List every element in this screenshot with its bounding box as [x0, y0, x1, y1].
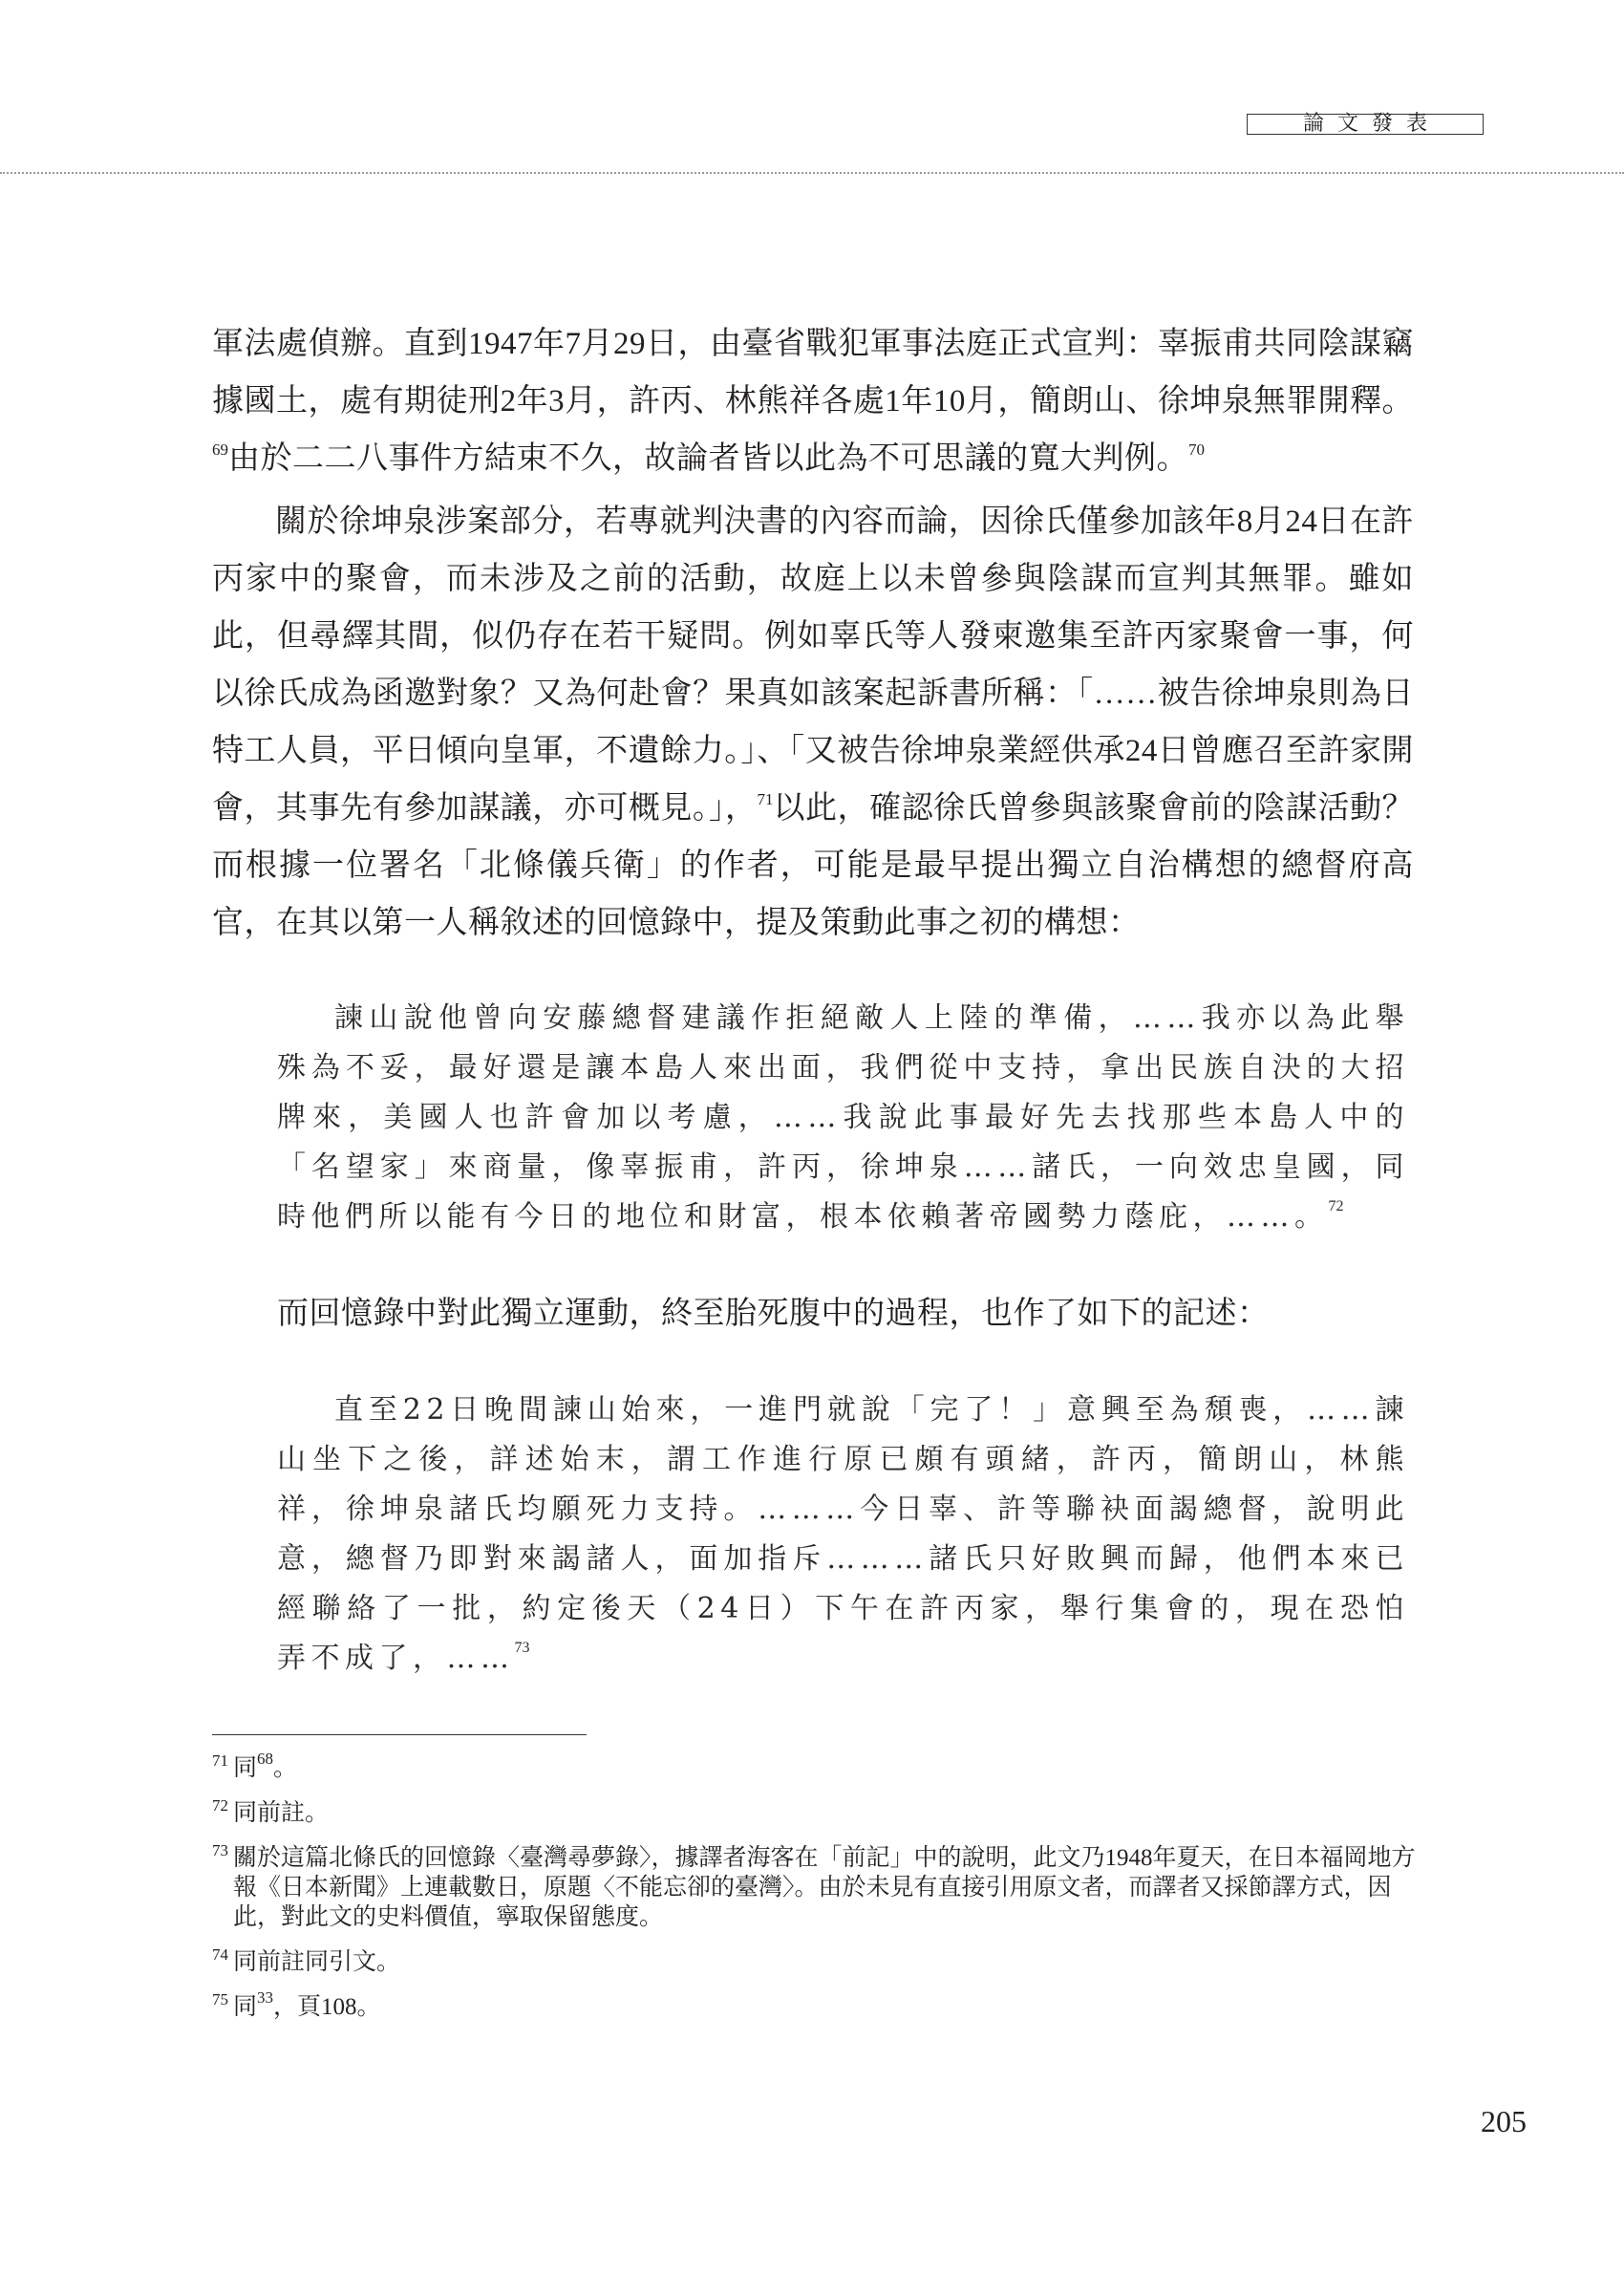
- footnote-text: 同: [233, 1994, 257, 2020]
- footnote-ref-72[interactable]: 72: [1329, 1198, 1344, 1214]
- paragraph-text: 軍法處偵辦。直到1947年7月29日，由臺省戰犯軍事法庭正式宣判：辜振甫共同陰謀…: [212, 327, 1414, 419]
- section-header-label: 論文發表: [1247, 114, 1484, 135]
- footnote-cross-ref[interactable]: 33: [257, 1988, 273, 2007]
- quote-lead-in: 而回憶錄中對此獨立運動，終至胎死腹中的過程，也作了如下的記述：: [277, 1285, 1270, 1343]
- footnote-ref-70[interactable]: 70: [1188, 440, 1205, 459]
- header-dotted-divider: [0, 172, 1624, 174]
- footnote-number: 75: [212, 1985, 228, 2014]
- paragraph-text: 由於二二八事件方結束不久，故論者皆以此為不可思議的寬大判例。: [228, 441, 1188, 476]
- footnote-text: 同: [233, 1755, 257, 1781]
- footnote-ref-73[interactable]: 73: [515, 1640, 530, 1656]
- footnote-text: 同前註。: [233, 1800, 329, 1826]
- footnote-text: 。: [273, 1755, 297, 1781]
- block-quote-2: 直至22日晚間諫山始來，一進門就說「完了！」意興至為頹喪，……諫山坐下之後，詳述…: [277, 1386, 1409, 1684]
- block-quote-1: 諫山說他曾向安藤總督建議作拒絕敵人上陸的準備，……我亦以為此舉殊為不妥，最好還是…: [277, 994, 1409, 1242]
- footnote-71: 71 同68。: [212, 1753, 1416, 1783]
- paragraph-text: 關於徐坤泉涉案部分，若專就判決書的內容而論，因徐氏僅參加該年8月24日在許丙家中…: [212, 505, 1414, 826]
- page-number: 205: [1481, 2104, 1527, 2139]
- footnote-number: 72: [212, 1791, 228, 1820]
- footnote-text: 同前註同引文。: [233, 1949, 400, 1975]
- footnote-number: 71: [212, 1746, 228, 1775]
- footnote-ref-69[interactable]: 69: [212, 440, 228, 459]
- footnote-cross-ref[interactable]: 68: [257, 1750, 273, 1768]
- main-body-text: 軍法處偵辦。直到1947年7月29日，由臺省戰犯軍事法庭正式宣判：辜振甫共同陰謀…: [212, 315, 1414, 952]
- paragraph-1: 軍法處偵辦。直到1947年7月29日，由臺省戰犯軍事法庭正式宣判：辜振甫共同陰謀…: [212, 315, 1414, 487]
- footnote-72: 72 同前註。: [212, 1798, 1416, 1828]
- footnote-ref-71[interactable]: 71: [757, 790, 773, 808]
- footnote-text: ，頁108。: [273, 1994, 381, 2020]
- footnote-75: 75 同33，頁108。: [212, 1992, 1416, 2022]
- footnote-74: 74 同前註同引文。: [212, 1947, 1416, 1977]
- quote-text: 諫山說他曾向安藤總督建議作拒絕敵人上陸的準備，……我亦以為此舉殊為不妥，最好還是…: [277, 1001, 1409, 1234]
- footnote-number: 73: [212, 1836, 228, 1865]
- footnotes-section: 71 同68。 72 同前註。 73 關於這篇北條氏的回憶錄〈臺灣尋夢錄〉，據譯…: [212, 1753, 1416, 2037]
- footnote-73: 73 關於這篇北條氏的回憶錄〈臺灣尋夢錄〉，據譯者海客在「前記」中的說明，此文乃…: [212, 1843, 1416, 1932]
- footnote-number: 74: [212, 1940, 228, 1969]
- quote-text: 直至22日晚間諫山始來，一進門就說「完了！」意興至為頹喪，……諫山坐下之後，詳述…: [277, 1393, 1409, 1675]
- footnote-text: 關於這篇北條氏的回憶錄〈臺灣尋夢錄〉，據譯者海客在「前記」中的說明，此文乃194…: [233, 1845, 1416, 1930]
- footnote-separator: [212, 1734, 587, 1735]
- paragraph-2: 關於徐坤泉涉案部分，若專就判決書的內容而論，因徐氏僅參加該年8月24日在許丙家中…: [212, 493, 1414, 952]
